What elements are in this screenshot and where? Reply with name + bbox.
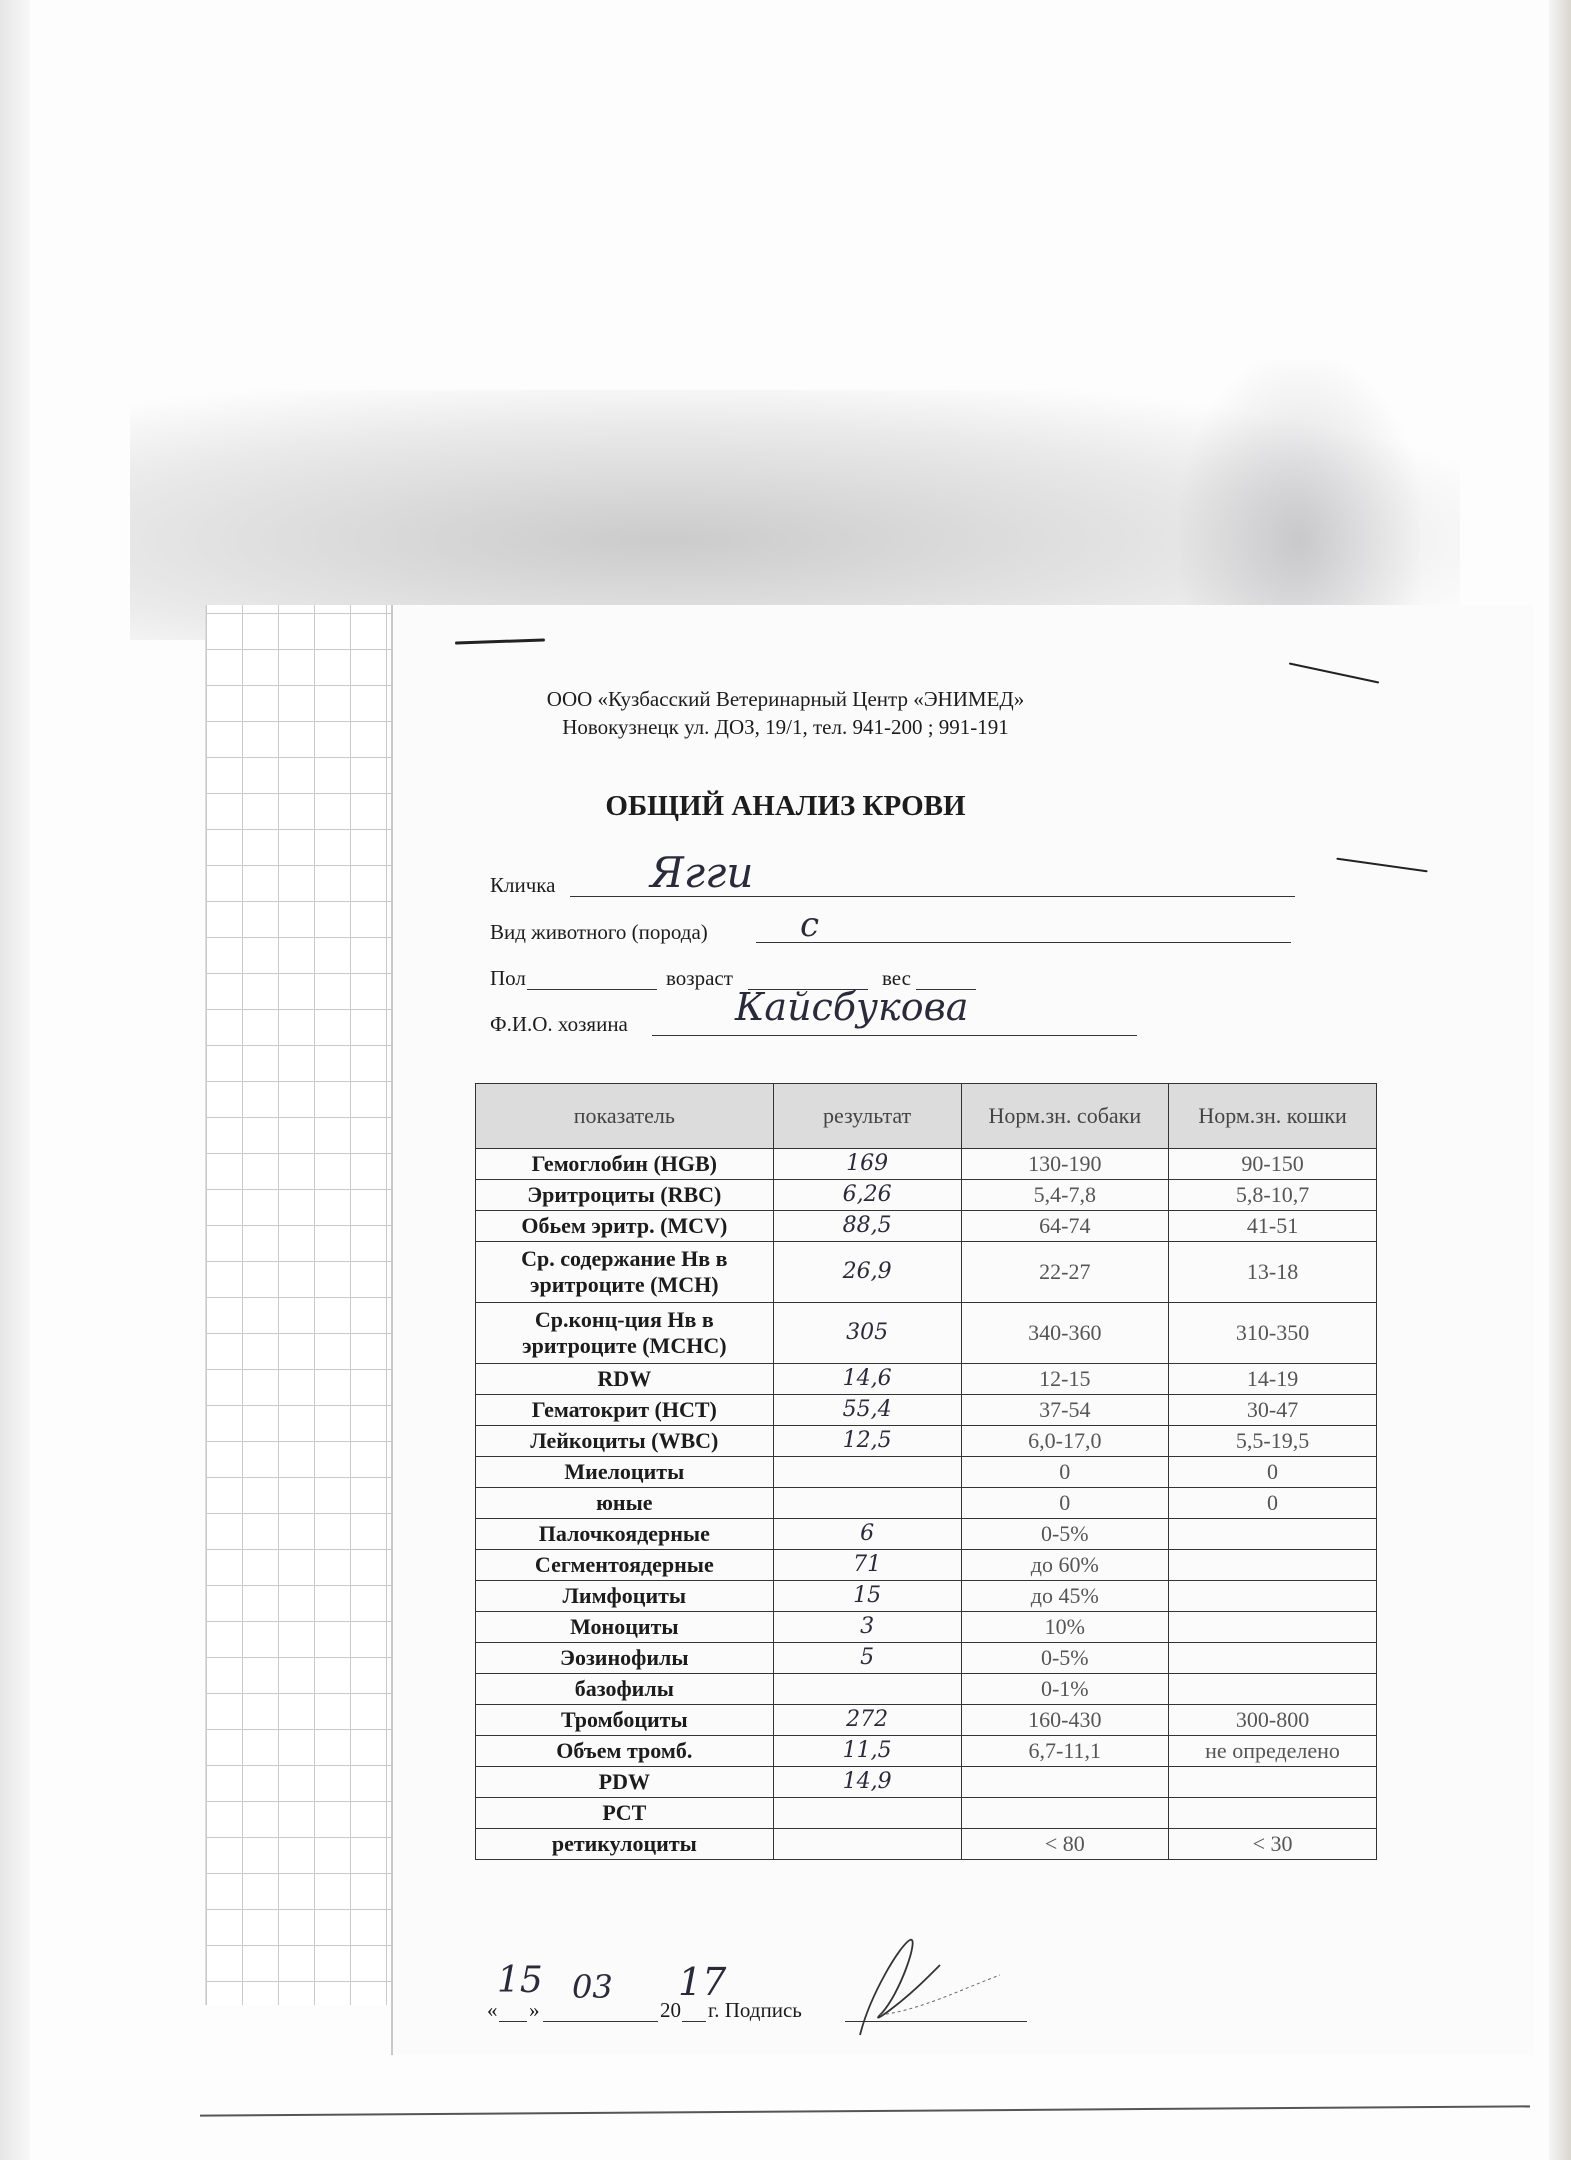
table-row: Эозинофилы50-5%: [476, 1643, 1377, 1674]
dog-norm-cell: < 80: [961, 1829, 1169, 1860]
cat-norm-cell: 90-150: [1169, 1149, 1377, 1180]
dog-norm-cell: 6,7-11,1: [961, 1736, 1169, 1767]
dog-norm-cell: 0-5%: [961, 1643, 1169, 1674]
dog-norm-cell: 0-1%: [961, 1674, 1169, 1705]
owner-label: Ф.И.О. хозяина: [490, 1012, 628, 1037]
table-row: Эритроциты (RBC)6,265,4-7,85,8-10,7: [476, 1180, 1377, 1211]
cat-norm-cell: [1169, 1643, 1377, 1674]
cat-norm-cell: 5,8-10,7: [1169, 1180, 1377, 1211]
header-parameter: показатель: [476, 1084, 774, 1149]
pet-name-label: Кличка: [490, 873, 556, 898]
parameter-cell: Палочкоядерные: [476, 1519, 774, 1550]
header-result: результат: [773, 1084, 961, 1149]
cat-norm-cell: 0: [1169, 1457, 1377, 1488]
result-cell: 12,5: [773, 1426, 961, 1457]
table-row: PCT: [476, 1798, 1377, 1829]
dog-norm-cell: [961, 1767, 1169, 1798]
result-cell: [773, 1798, 961, 1829]
table-row: Лимфоциты15до 45%: [476, 1581, 1377, 1612]
parameter-cell: Гемоглобин (HGB): [476, 1149, 774, 1180]
parameter-cell: Объем тромб.: [476, 1736, 774, 1767]
sex-line: [527, 989, 657, 990]
date-close-quote: »: [529, 1998, 540, 2023]
day-line: [499, 2021, 527, 2022]
dog-norm-cell: 64-74: [961, 1211, 1169, 1242]
table-row: Объем тромб.11,56,7-11,1не определено: [476, 1736, 1377, 1767]
table-row: Гематокрит (НСТ)55,437-5430-47: [476, 1395, 1377, 1426]
result-cell: [773, 1488, 961, 1519]
result-cell: 55,4: [773, 1395, 961, 1426]
organization-name: ООО «Кузбасский Ветеринарный Центр «ЭНИМ…: [0, 687, 1571, 712]
dog-norm-cell: 0: [961, 1488, 1169, 1519]
cat-norm-cell: 5,5-19,5: [1169, 1426, 1377, 1457]
pet-name-value: Ягги: [650, 848, 753, 897]
cat-norm-cell: 14-19: [1169, 1364, 1377, 1395]
parameter-cell: базофилы: [476, 1674, 774, 1705]
result-cell: 14,9: [773, 1767, 961, 1798]
dog-norm-cell: 0: [961, 1457, 1169, 1488]
table-header-row: показатель результат Норм.зн. собаки Нор…: [476, 1084, 1377, 1149]
age-label: возраст: [666, 966, 733, 991]
table-row: Палочкоядерные60-5%: [476, 1519, 1377, 1550]
sex-label: Пол: [490, 966, 526, 991]
scan-left-edge: [0, 0, 30, 2160]
species-line: [756, 942, 1291, 943]
parameter-cell: Эозинофилы: [476, 1643, 774, 1674]
result-cell: 26,9: [773, 1242, 961, 1303]
result-cell: 6: [773, 1519, 961, 1550]
result-cell: 71: [773, 1550, 961, 1581]
cat-norm-cell: [1169, 1550, 1377, 1581]
cat-norm-cell: 0: [1169, 1488, 1377, 1519]
cat-norm-cell: не определено: [1169, 1736, 1377, 1767]
cat-norm-cell: 310-350: [1169, 1303, 1377, 1364]
dog-norm-cell: 5,4-7,8: [961, 1180, 1169, 1211]
cat-norm-cell: [1169, 1612, 1377, 1643]
organization-address: Новокузнецк ул. ДОЗ, 19/1, тел. 941-200 …: [0, 715, 1571, 740]
owner-value: Кайсбукова: [735, 985, 968, 1029]
dog-norm-cell: 10%: [961, 1612, 1169, 1643]
table-row: Гемоглобин (HGB)169130-19090-150: [476, 1149, 1377, 1180]
cat-norm-cell: [1169, 1581, 1377, 1612]
cat-norm-cell: [1169, 1767, 1377, 1798]
cat-norm-cell: 41-51: [1169, 1211, 1377, 1242]
result-cell: [773, 1457, 961, 1488]
parameter-cell: Тромбоциты: [476, 1705, 774, 1736]
year-line: [682, 2021, 706, 2022]
dog-norm-cell: 130-190: [961, 1149, 1169, 1180]
date-month: 03: [572, 1968, 613, 2006]
signature-label: г. Подпись: [708, 1998, 802, 2023]
parameter-cell: PCT: [476, 1798, 774, 1829]
table-row: Ср.конц-ция Нв в эритроците (MCHC)305340…: [476, 1303, 1377, 1364]
result-cell: 3: [773, 1612, 961, 1643]
dog-norm-cell: [961, 1798, 1169, 1829]
parameter-cell: Обьем эритр. (MCV): [476, 1211, 774, 1242]
table-row: PDW14,9: [476, 1767, 1377, 1798]
result-cell: 11,5: [773, 1736, 961, 1767]
table-row: Миелоциты00: [476, 1457, 1377, 1488]
parameter-cell: Миелоциты: [476, 1457, 774, 1488]
date-open-quote: «: [487, 1998, 498, 2023]
month-line: [543, 2021, 658, 2022]
parameter-cell: PDW: [476, 1767, 774, 1798]
cat-norm-cell: 30-47: [1169, 1395, 1377, 1426]
dog-norm-cell: до 60%: [961, 1550, 1169, 1581]
result-cell: 272: [773, 1705, 961, 1736]
cat-norm-cell: 13-18: [1169, 1242, 1377, 1303]
cat-norm-cell: [1169, 1674, 1377, 1705]
parameter-cell: Лимфоциты: [476, 1581, 774, 1612]
parameter-cell: Гематокрит (НСТ): [476, 1395, 774, 1426]
result-cell: 14,6: [773, 1364, 961, 1395]
table-row: Тромбоциты272160-430300-800: [476, 1705, 1377, 1736]
owner-line: [652, 1035, 1137, 1036]
table-row: базофилы0-1%: [476, 1674, 1377, 1705]
document-title: ОБЩИЙ АНАЛИЗ КРОВИ: [0, 790, 1571, 823]
parameter-cell: RDW: [476, 1364, 774, 1395]
result-cell: 305: [773, 1303, 961, 1364]
table-row: Обьем эритр. (MCV)88,564-7441-51: [476, 1211, 1377, 1242]
parameter-cell: Эритроциты (RBC): [476, 1180, 774, 1211]
result-cell: 5: [773, 1643, 961, 1674]
result-cell: 169: [773, 1149, 961, 1180]
cat-norm-cell: [1169, 1798, 1377, 1829]
parameter-cell: Ср.конц-ция Нв в эритроците (MCHC): [476, 1303, 774, 1364]
dog-norm-cell: 12-15: [961, 1364, 1169, 1395]
dog-norm-cell: 0-5%: [961, 1519, 1169, 1550]
result-cell: 6,26: [773, 1180, 961, 1211]
result-cell: [773, 1674, 961, 1705]
cat-norm-cell: [1169, 1519, 1377, 1550]
parameter-cell: Сегментоядерные: [476, 1550, 774, 1581]
dog-norm-cell: до 45%: [961, 1581, 1169, 1612]
dog-norm-cell: 37-54: [961, 1395, 1169, 1426]
blood-test-table: показатель результат Норм.зн. собаки Нор…: [475, 1083, 1377, 1860]
table-row: юные00: [476, 1488, 1377, 1519]
parameter-cell: Ср. содержание Нв в эритроците (MCH): [476, 1242, 774, 1303]
signature-scribble: [840, 1935, 1010, 2045]
cat-norm-cell: < 30: [1169, 1829, 1377, 1860]
table-row: Сегментоядерные71до 60%: [476, 1550, 1377, 1581]
dog-norm-cell: 6,0-17,0: [961, 1426, 1169, 1457]
species-label: Вид животного (порода): [490, 920, 708, 945]
parameter-cell: Лейкоциты (WBC): [476, 1426, 774, 1457]
table-row: Лейкоциты (WBC)12,56,0-17,05,5-19,5: [476, 1426, 1377, 1457]
table-row: ретикулоциты< 80< 30: [476, 1829, 1377, 1860]
dog-norm-cell: 160-430: [961, 1705, 1169, 1736]
parameter-cell: ретикулоциты: [476, 1829, 774, 1860]
dog-norm-cell: 22-27: [961, 1242, 1169, 1303]
parameter-cell: Моноциты: [476, 1612, 774, 1643]
dog-norm-cell: 340-360: [961, 1303, 1169, 1364]
cat-norm-cell: 300-800: [1169, 1705, 1377, 1736]
parameter-cell: юные: [476, 1488, 774, 1519]
table-row: Моноциты310%: [476, 1612, 1377, 1643]
result-cell: 88,5: [773, 1211, 961, 1242]
header-cat-norm: Норм.зн. кошки: [1169, 1084, 1377, 1149]
species-value: с: [800, 905, 819, 945]
scan-right-edge: [1549, 0, 1571, 2160]
result-cell: 15: [773, 1581, 961, 1612]
date-day: 15: [497, 1960, 543, 2001]
table-row: RDW14,612-1514-19: [476, 1364, 1377, 1395]
table-row: Ср. содержание Нв в эритроците (MCH)26,9…: [476, 1242, 1377, 1303]
sheet-bottom-edge: [200, 2105, 1530, 2116]
result-cell: [773, 1829, 961, 1860]
header-dog-norm: Норм.зн. собаки: [961, 1084, 1169, 1149]
